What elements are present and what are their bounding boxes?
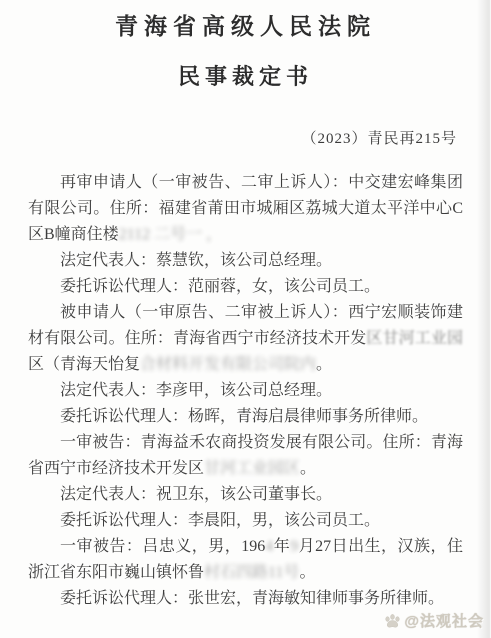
scanned-court-document: 青海省高级人民法院 民事裁定书 （2023）青民再215号 再审申请人（一审被告…	[0, 0, 491, 638]
watermark-text: @法观社会	[404, 610, 484, 631]
body-text: 委托诉讼代理人：张世宏，青海敏知律师事务所律师。	[60, 590, 444, 607]
baidu-paw-icon	[384, 612, 401, 629]
body-text: 法定代表人：蔡慧钦，该公司总经理。	[60, 252, 332, 269]
paragraph-legal-representative: 法定代表人：祝卫东，该公司董事长。	[28, 482, 463, 508]
paragraph-litigation-agent: 委托诉讼代理人：张世宏，青海敏知律师事务所律师。	[28, 586, 463, 612]
paragraph-first-instance-defendant-person: 一审被告：吕忠义，男，1964年9月27日出生，汉族，住浙江省东阳市巍山镇怀鲁村…	[28, 534, 463, 586]
body-text: 法定代表人：李彦甲，该公司总经理。	[60, 382, 332, 399]
body-text: 委托诉讼代理人：范丽蓉，女，该公司员工。	[60, 278, 380, 295]
redacted-text: 2112 二号一 ，	[119, 226, 222, 243]
body-text: 委托诉讼代理人：杨晖，青海启晨律师事务所律师。	[60, 408, 428, 425]
redacted-text: 村石四路11号	[204, 564, 299, 581]
paragraph-respondent: 被申请人（一审原告、二审被上诉人）：西宁宏顺装饰建材有限公司。住所：青海省西宁市…	[28, 300, 463, 378]
paragraph-litigation-agent: 委托诉讼代理人：杨晖，青海启晨律师事务所律师。	[28, 404, 463, 430]
body-text: 法定代表人：祝卫东，该公司董事长。	[60, 486, 332, 503]
case-number: （2023）青民再215号	[0, 127, 457, 148]
body-text: 。	[300, 460, 316, 477]
paragraph-legal-representative: 法定代表人：李彦甲，该公司总经理。	[28, 378, 463, 404]
watermark: @法观社会	[384, 610, 484, 631]
body-text: 委托诉讼代理人：李晨阳，男，该公司员工。	[60, 512, 380, 529]
redacted-text: 区甘河工业园	[366, 330, 463, 347]
redacted-text: 甘河工业园区	[204, 460, 300, 477]
body-text: 再审申请人（一审被告、二审上诉人）：中交建宏峰集团有限公司。住所：福建省莆田市城…	[28, 174, 463, 243]
paragraph-first-instance-defendant-company: 一审被告：青海益禾农商投资发展有限公司。住所：青海省西宁市经济技术开发区甘河工业…	[28, 430, 463, 482]
redacted-text: 9	[290, 538, 298, 555]
paragraph-litigation-agent: 委托诉讼代理人：范丽蓉，女，该公司员工。	[28, 274, 463, 300]
body-text: 年	[273, 538, 290, 555]
redacted-text: 4	[265, 538, 273, 555]
document-type-title: 民事裁定书	[0, 60, 491, 91]
paragraph-retrial-applicant: 再审申请人（一审被告、二审上诉人）：中交建宏峰集团有限公司。住所：福建省莆田市城…	[28, 170, 463, 248]
document-body: 再审申请人（一审被告、二审上诉人）：中交建宏峰集团有限公司。住所：福建省莆田市城…	[28, 170, 463, 612]
redacted-text: 合材料开发有限公司院内	[140, 356, 316, 373]
body-text: 。	[299, 564, 315, 581]
paragraph-legal-representative: 法定代表人：蔡慧钦，该公司总经理。	[28, 248, 463, 274]
body-text: 一审被告：吕忠义，男，196	[60, 538, 265, 555]
body-text: 区（青海天怡复	[28, 356, 140, 373]
body-text: 。	[316, 356, 332, 373]
court-name-title: 青海省高级人民法院	[0, 8, 491, 41]
scan-edge-shadow	[477, 0, 491, 638]
paragraph-litigation-agent: 委托诉讼代理人：李晨阳，男，该公司员工。	[28, 508, 463, 534]
